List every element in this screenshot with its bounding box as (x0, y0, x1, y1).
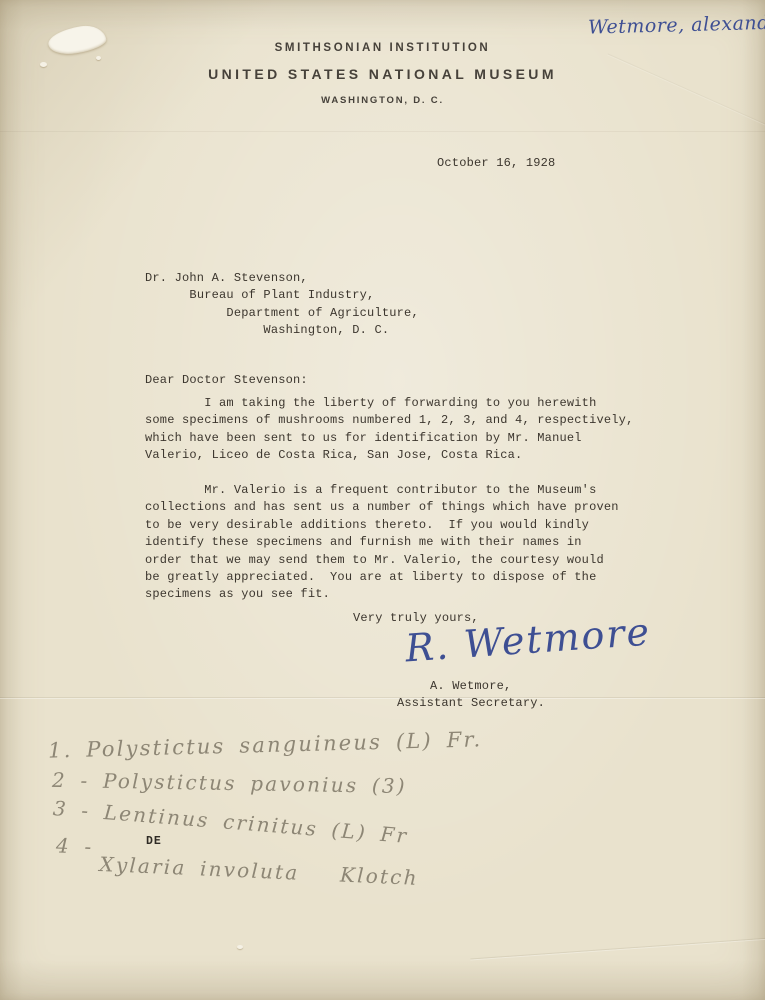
letterhead-museum: UNITED STATES NATIONAL MUSEUM (0, 66, 765, 82)
crease-line (0, 131, 765, 132)
pencil-note-3: 3 - Lentinus crinitus (L) Fr (52, 796, 409, 848)
letterhead-city: WASHINGTON, D. C. (0, 95, 765, 106)
date-line: October 16, 1928 (437, 155, 555, 172)
letter-page: SMITHSONIAN INSTITUTION UNITED STATES NA… (0, 0, 765, 1000)
body-paragraph-2: Mr. Valerio is a frequent contributor to… (145, 482, 645, 604)
recipient-address: Dr. John A. Stevenson, Bureau of Plant I… (145, 270, 419, 340)
pencil-note-2: 2 - Polystictus pavonius (3) (52, 768, 407, 798)
salutation: Dear Doctor Stevenson: (145, 372, 308, 389)
crease-line (608, 53, 765, 127)
paper-speck (237, 945, 243, 949)
body-paragraph-1: I am taking the liberty of forwarding to… (145, 395, 645, 465)
de-stamp: DE (146, 835, 162, 848)
pencil-note-1: 1. Polystictus sanguineus (L) Fr. (48, 727, 483, 762)
letterhead-institution: SMITHSONIAN INSTITUTION (0, 42, 765, 54)
pencil-note-4: 4 - (56, 833, 94, 858)
signer-name: A. Wetmore, (430, 678, 511, 695)
handwritten-name-annotation: Wetmore, alexander (588, 11, 765, 38)
pencil-note-5: Xylaria involuta Klotch (99, 852, 419, 890)
paper-speck (96, 56, 101, 60)
crease-line (470, 938, 765, 960)
signer-title: Assistant Secretary. (397, 695, 545, 712)
crease-line (0, 697, 765, 698)
